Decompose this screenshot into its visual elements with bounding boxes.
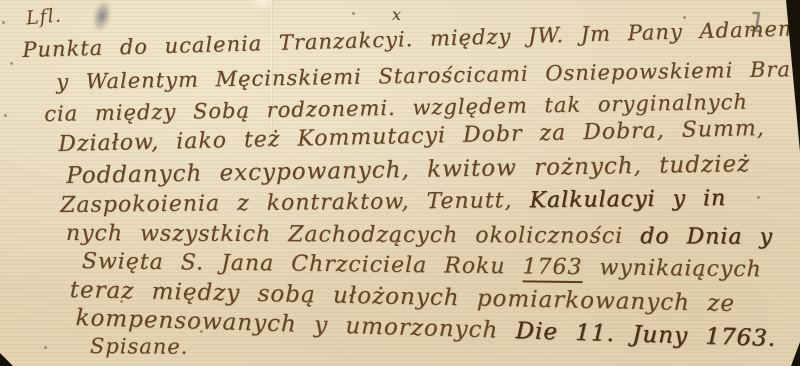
manuscript-line: Poddanych excypowanych, kwitow rożnych, … [66,151,750,189]
manuscript-line: Spisane. [90,334,189,359]
paper-speck [757,196,760,199]
paper-speck [200,330,203,333]
manuscript-text-segment: Poddanych excypowanych, kwitow rożnych, … [66,151,750,189]
manuscript-page: Lfl. x 1 Punkta do ucalenia Tranzakcyi. … [0,0,800,366]
paper-speck [628,38,631,41]
ink-smudge [89,0,114,34]
underlined-year-text: 1763 [522,254,582,283]
manuscript-line: Punkta do ucalenia Tranzakcyi. między JW… [22,16,799,62]
paper-speck [120,300,123,303]
scan-corner-shadow-bottom-right [791,342,800,366]
manuscript-text-segment: Punkta do ucalenia Tranzakcyi. między JW… [22,16,799,62]
manuscript-text-segment: Swięta S. Jana Chrzciciela Roku [82,249,523,279]
scan-corner-shadow-bottom-left [0,353,13,366]
manuscript-text-segment: y Walentym Męcinskiemi Starościcami Osni… [56,57,791,94]
manuscript-text-segment: Die 11. Juny 1763. [515,318,776,352]
manuscript-text-segment: Zaspokoienia z kontraktow, Tenutt, [60,188,530,218]
manuscript-text-segment: Kalkulacyi y in [529,186,726,213]
paper-speck [683,16,686,19]
manuscript-text-segment: Spisane. [90,334,189,359]
paper-speck [10,62,13,65]
paper-speck [352,12,355,15]
archival-mark: Lfl. [25,4,63,29]
paper-speck [4,114,7,117]
collation-mark: x [392,5,401,24]
manuscript-line: nych wszystkich Zachodzących okolicznośc… [66,221,773,250]
paper-speck [44,346,47,349]
manuscript-line: Zaspokoienia z kontraktow, Tenutt, Kalku… [60,186,726,218]
paper-speck [2,21,5,24]
manuscript-line: Swięta S. Jana Chrzciciela Roku 1763 wyn… [82,249,762,282]
manuscript-text-segment: nych wszystkich Zachodzących okolicznośc… [66,221,640,249]
manuscript-text-segment: wynikaiących [582,255,762,282]
manuscript-text-segment: do Dnia y [640,224,773,250]
manuscript-line: y Walentym Męcinskiemi Starościcami Osni… [56,57,791,94]
paper-edge-notch [250,0,274,10]
paper-speck [270,142,273,145]
